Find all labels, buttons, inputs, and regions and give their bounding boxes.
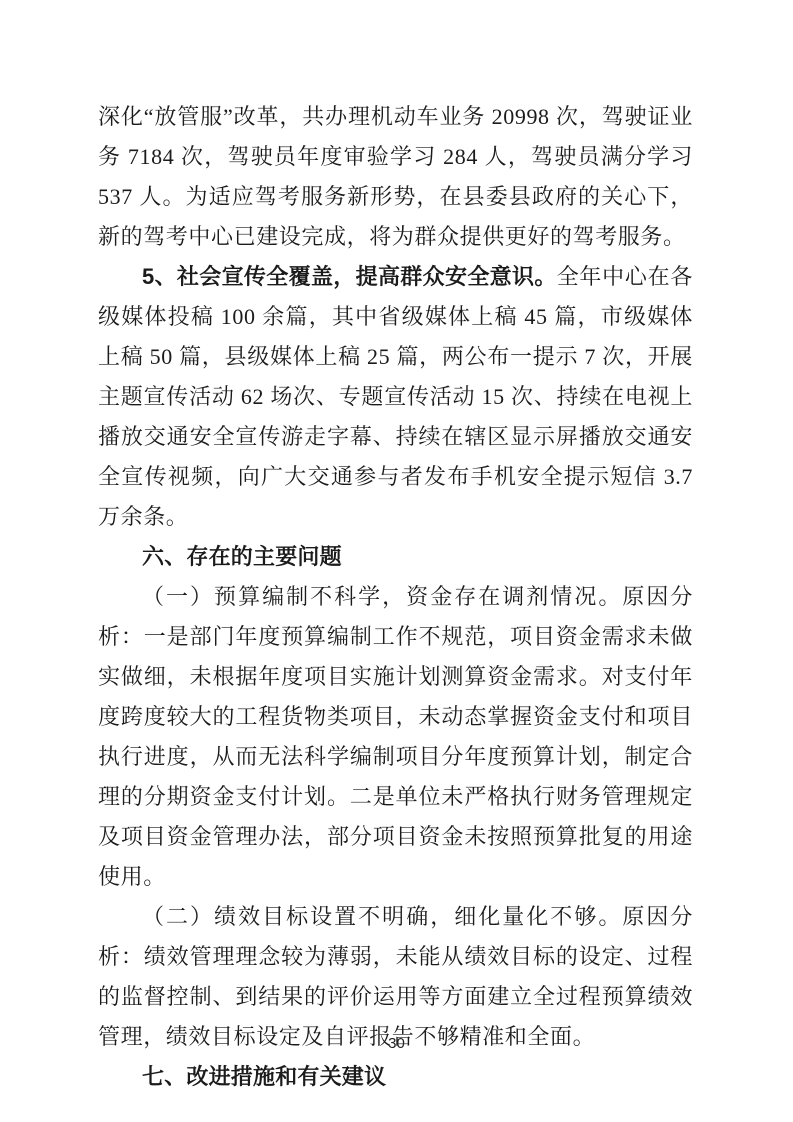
paragraph-problem-1-budgeting: （一）预算编制不科学，资金存在调剂情况。原因分析：一是部门年度预算编制工作不规范…	[98, 577, 693, 897]
paragraph-section5-publicity: 5、社会宣传全覆盖，提高群众安全意识。全年中心在各级媒体投稿 100 余篇，其中…	[98, 257, 693, 537]
document-page: 深化“放管服”改革，共办理机动车业务 20998 次，驾驶证业务 7184 次，…	[0, 0, 793, 1122]
paragraph-text: 深化“放管服”改革，共办理机动车业务 20998 次，驾驶证业务 7184 次，…	[98, 104, 693, 249]
section-heading-6-main-problems: 六、存在的主要问题	[98, 537, 693, 577]
page-number: 30	[0, 1034, 793, 1054]
paragraph-problem-2-performance-goals: （二）绩效目标设置不明确，细化量化不够。原因分析：绩效管理理念较为薄弱，未能从绩…	[98, 897, 693, 1057]
section5-bold-lead: 5、社会宣传全覆盖，提高群众安全意识。	[142, 264, 557, 289]
paragraph-text: （一）预算编制不科学，资金存在调剂情况。原因分析：一是部门年度预算编制工作不规范…	[98, 584, 693, 889]
paragraph-text: 全年中心在各级媒体投稿 100 余篇，其中省级媒体上稿 45 篇，市级媒体上稿 …	[98, 264, 693, 529]
paragraph-text: （二）绩效目标设置不明确，细化量化不够。原因分析：绩效管理理念较为薄弱，未能从绩…	[98, 904, 693, 1049]
paragraph-driving-services-continuation: 深化“放管服”改革，共办理机动车业务 20998 次，驾驶证业务 7184 次，…	[98, 97, 693, 257]
section-heading-7-improvement-measures: 七、改进措施和有关建议	[98, 1057, 693, 1097]
